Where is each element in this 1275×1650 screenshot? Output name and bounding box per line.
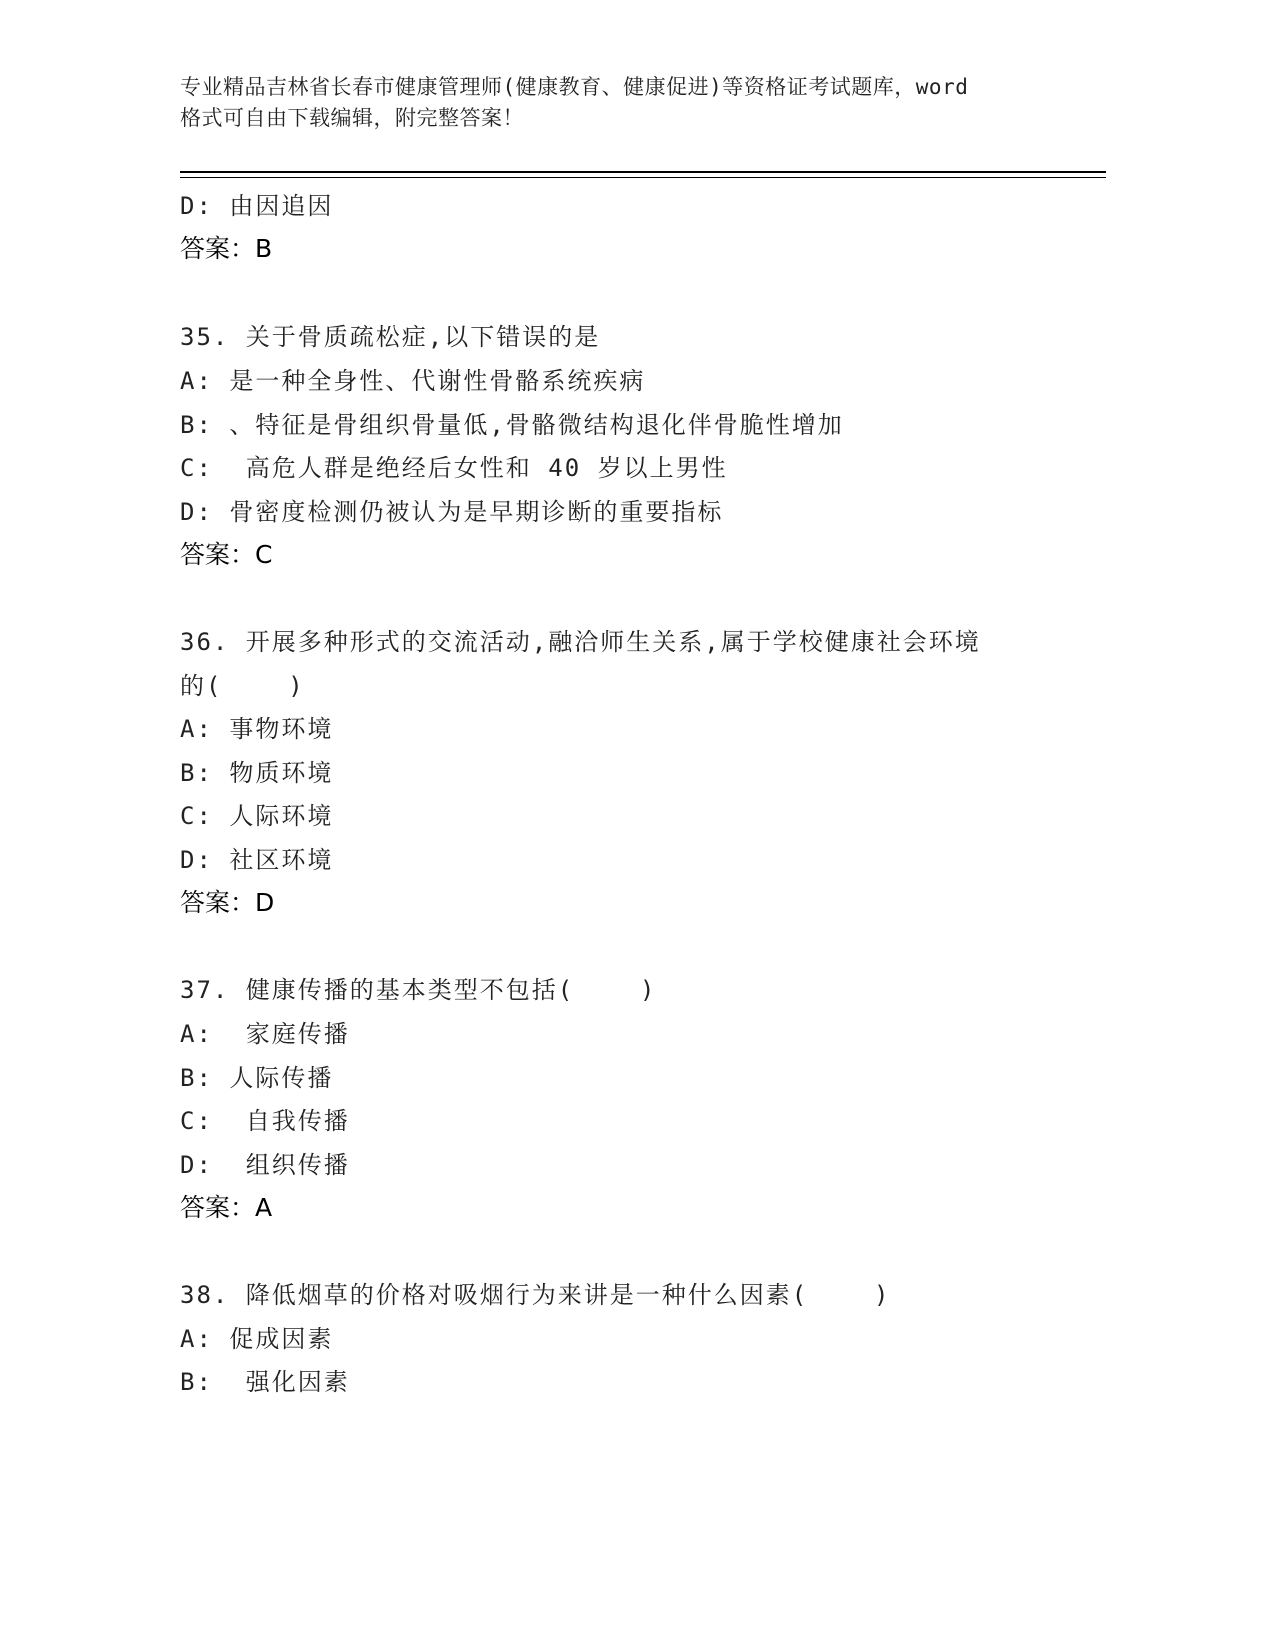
question-36-option-d: D: 社区环境 xyxy=(180,840,333,875)
header-line-2: 格式可自由下载编辑，附完整答案！ xyxy=(180,103,1060,134)
question-38-stem: 38. 降低烟草的价格对吸烟行为来讲是一种什么因素( ) xyxy=(180,1275,891,1310)
question-35-option-c: C: 高危人群是绝经后女性和 40 岁以上男性 xyxy=(180,448,728,483)
question-38-option-a: A: 促成因素 xyxy=(180,1319,333,1354)
document-header: 专业精品吉林省长春市健康管理师(健康教育、健康促进)等资格证考试题库，word … xyxy=(180,72,1060,134)
prev-question-answer: 答案：B xyxy=(180,229,272,265)
question-37-option-d: D: 组织传播 xyxy=(180,1145,350,1180)
question-37-stem: 37. 健康传播的基本类型不包括( ) xyxy=(180,970,657,1005)
question-35-option-b: B: 、特征是骨组织骨量低,骨骼微结构退化伴骨脆性增加 xyxy=(180,405,844,440)
header-divider-thick xyxy=(180,171,1106,173)
question-35-stem: 35. 关于骨质疏松症,以下错误的是 xyxy=(180,317,600,352)
question-36-answer: 答案：D xyxy=(180,883,274,919)
question-36-stem-continued: 的( ) xyxy=(180,666,305,701)
question-35-answer: 答案：C xyxy=(180,535,272,571)
question-36-option-a: A: 事物环境 xyxy=(180,709,333,744)
prev-question-option-d: D: 由因追因 xyxy=(180,186,333,221)
question-38-option-b: B: 强化因素 xyxy=(180,1362,350,1397)
header-line-1: 专业精品吉林省长春市健康管理师(健康教育、健康促进)等资格证考试题库，word xyxy=(180,72,1060,103)
header-divider-thin xyxy=(180,177,1106,178)
question-36-stem: 36. 开展多种形式的交流活动,融洽师生关系,属于学校健康社会环境 xyxy=(180,622,981,657)
question-35-option-d: D: 骨密度检测仍被认为是早期诊断的重要指标 xyxy=(180,492,723,527)
question-37-answer: 答案：A xyxy=(180,1188,272,1224)
question-37-option-b: B: 人际传播 xyxy=(180,1058,333,1093)
question-37-option-c: C: 自我传播 xyxy=(180,1101,350,1136)
question-36-option-c: C: 人际环境 xyxy=(180,796,333,831)
question-35-option-a: A: 是一种全身性、代谢性骨骼系统疾病 xyxy=(180,361,645,396)
question-37-option-a: A: 家庭传播 xyxy=(180,1014,350,1049)
question-36-option-b: B: 物质环境 xyxy=(180,753,333,788)
